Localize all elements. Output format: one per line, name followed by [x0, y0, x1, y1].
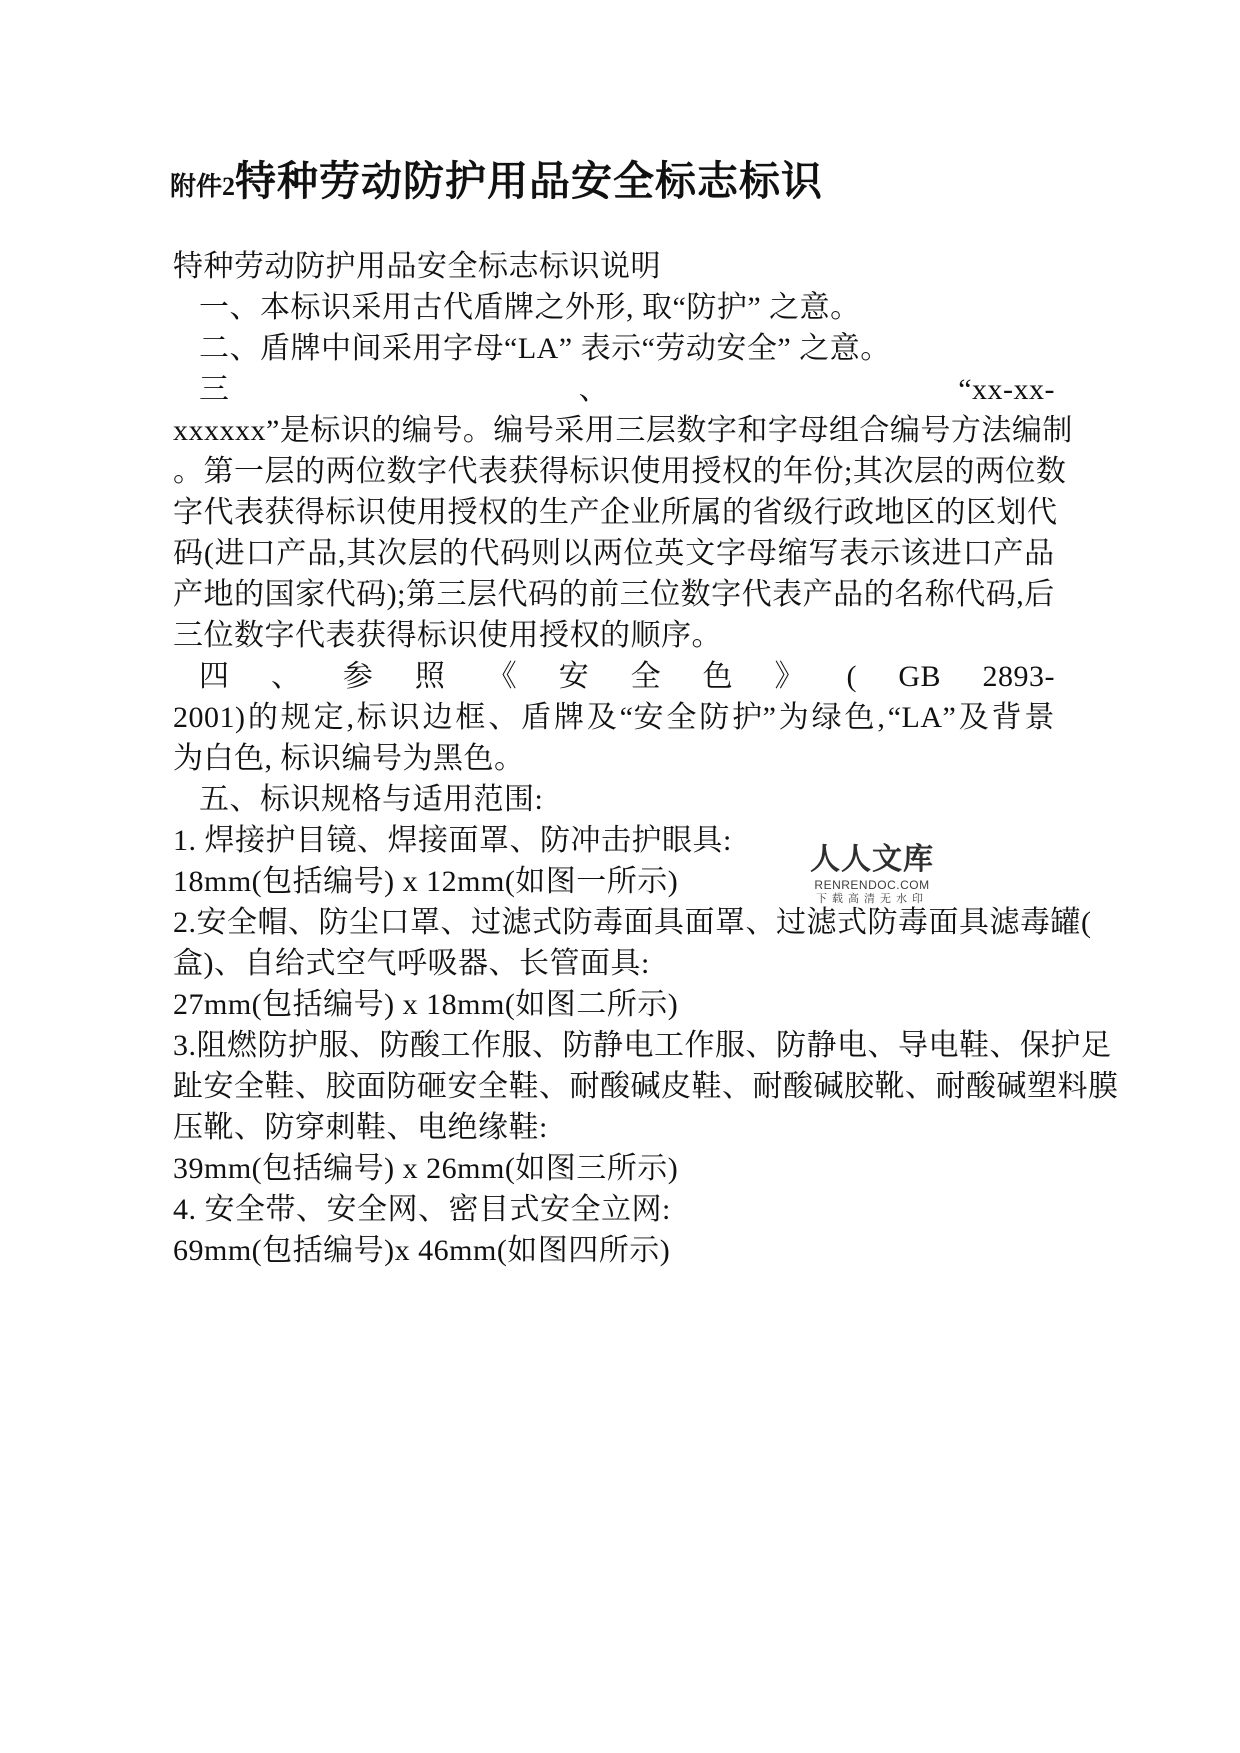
text-token: 法	[981, 410, 1012, 451]
doc-line: 2001)的规定,标识边框、盾牌及“安全防护”为绿色,“LA”及背景	[173, 697, 1055, 738]
text-token: 产	[803, 574, 834, 615]
text-token: 安	[448, 1066, 479, 1107]
text-token: 获	[509, 451, 540, 492]
text-token: 式	[837, 902, 868, 943]
text-token: 、	[579, 369, 610, 410]
text-token: 编	[402, 410, 433, 451]
text-token: 识	[600, 451, 631, 492]
text-token: 工	[654, 1025, 685, 1066]
text-token: 的	[864, 574, 895, 615]
text-token: 2893-	[983, 656, 1056, 697]
text-token: 护	[1051, 1025, 1082, 1066]
text-token: 料	[1058, 1066, 1089, 1107]
text-token: 靴	[875, 1066, 906, 1107]
text-token: );	[387, 574, 406, 615]
text-token: 酸	[783, 1066, 814, 1107]
text-token: 年	[783, 451, 814, 492]
text-token: 酸	[600, 1066, 631, 1107]
text-token: 罩	[410, 902, 441, 943]
text-token: 的	[936, 492, 967, 533]
text-token: xxxxxx”	[173, 410, 280, 451]
text-token: 数	[387, 451, 418, 492]
document-title: 特种劳动防护用品安全标志标识	[235, 158, 823, 204]
text-token: 区	[966, 492, 997, 533]
text-token: 安	[204, 1066, 235, 1107]
text-token: 第	[204, 451, 235, 492]
text-token: 用	[417, 492, 448, 533]
text-token: 数	[676, 410, 707, 451]
text-token: 行	[814, 492, 845, 533]
text-token: 式	[532, 902, 563, 943]
text-token: 、	[868, 1025, 899, 1066]
text-token: 后	[1024, 574, 1055, 615]
text-token: 膜	[1088, 1066, 1119, 1107]
text-token: 组	[829, 410, 860, 451]
text-token: 、	[271, 656, 302, 697]
text-token: 代	[204, 492, 235, 533]
text-token: 识	[356, 492, 387, 533]
text-token: 》	[775, 656, 806, 697]
attachment-label: 附件2	[170, 172, 235, 201]
text-token: 是	[280, 410, 311, 451]
text-token: 耐	[570, 1066, 601, 1107]
text-token: 毒	[1020, 902, 1051, 943]
watermark: 人人文库 RENRENDOC.COM 下载高清无水印	[804, 845, 940, 905]
text-token: 位	[356, 451, 387, 492]
text-token: 表	[234, 492, 265, 533]
text-token: 面	[624, 902, 655, 943]
text-token: 属	[692, 492, 723, 533]
text-token: 安	[197, 902, 228, 943]
text-token: 参	[343, 656, 374, 697]
text-token: 进	[215, 533, 246, 574]
text-token: 过	[776, 902, 807, 943]
text-token: 产	[570, 492, 601, 533]
doc-line: 压靴、防穿刺鞋、电绝缘鞋:	[173, 1107, 1055, 1148]
text-token: 层	[265, 451, 296, 492]
text-token: 代	[742, 574, 773, 615]
text-token: 位	[1005, 451, 1036, 492]
text-token: 防	[563, 1025, 594, 1066]
text-token: 位	[624, 533, 655, 574]
doc-line: 码(进口产品,其次层的代码则以两位英文字母缩写表示该进口产品	[173, 533, 1055, 574]
text-token: 次	[883, 451, 914, 492]
text-token: 地	[875, 492, 906, 533]
text-token: 毒	[593, 902, 624, 943]
doc-line: 69mm(包括编号)x 46mm(如图四所示)	[173, 1230, 1055, 1271]
text-token: “安	[620, 697, 664, 738]
text-token: 第	[406, 574, 437, 615]
text-token: 代	[1027, 492, 1058, 533]
text-token: 、	[746, 1025, 777, 1066]
text-token: 四	[199, 656, 230, 697]
text-token: (	[1081, 902, 1092, 943]
text-token: 帽	[258, 902, 289, 943]
text-token: 省	[753, 492, 784, 533]
text-token: 的	[509, 492, 540, 533]
text-token: 全	[631, 656, 662, 697]
text-token: 口	[380, 902, 411, 943]
text-token: 、	[746, 902, 777, 943]
text-token: 罩	[715, 902, 746, 943]
text-token: 授	[448, 492, 479, 533]
text-token: “LA”	[888, 697, 957, 738]
text-token: 安	[559, 656, 590, 697]
text-token: 识	[390, 697, 421, 738]
text-token: 防	[387, 1066, 418, 1107]
text-token: 份	[814, 451, 845, 492]
doc-line: 四、参照《安全色》(GB2893-	[173, 656, 1055, 697]
text-token: 编	[1012, 410, 1043, 451]
text-token: 。	[173, 451, 204, 492]
text-token: 的	[439, 533, 470, 574]
text-token: 该	[901, 533, 932, 574]
text-token: 静	[593, 1025, 624, 1066]
document-body: 特种劳动防护用品安全标志标识说明 一、本标识采用古代盾牌之外形, 取“防护” 之…	[173, 246, 1055, 1271]
text-token: 的	[234, 574, 265, 615]
text-token: 景	[1024, 697, 1055, 738]
text-token: 的	[722, 492, 753, 533]
text-token: 牌	[554, 697, 585, 738]
text-token: 标	[326, 492, 357, 533]
text-token: 级	[783, 492, 814, 533]
text-token: 《	[487, 656, 518, 697]
text-token: 耐	[753, 1066, 784, 1107]
text-token: 燃	[227, 1025, 258, 1066]
text-token: 权	[722, 451, 753, 492]
text-token: 产	[993, 533, 1024, 574]
text-token: 母	[798, 410, 829, 451]
document-page: 附件2特种劳动防护用品安全标志标识 特种劳动防护用品安全标志标识说明 一、本标识…	[0, 0, 1240, 1753]
text-token: 层	[467, 574, 498, 615]
watermark-domain: RENRENDOC.COM	[804, 879, 940, 891]
text-token: 足	[1081, 1025, 1112, 1066]
text-token: 鞋	[959, 1025, 990, 1066]
text-token: 规	[281, 697, 312, 738]
text-token: 2.	[173, 902, 197, 943]
text-token: 制	[1042, 410, 1073, 451]
text-token: 酸	[410, 1025, 441, 1066]
text-token: 授	[692, 451, 723, 492]
text-token: 家	[295, 574, 326, 615]
text-token: 防	[258, 1025, 289, 1066]
text-token: 面	[685, 902, 716, 943]
doc-line: 4. 安全带、安全网、密目式安全立网:	[173, 1189, 1055, 1230]
text-token: 码	[356, 574, 387, 615]
text-token: 缩	[778, 533, 809, 574]
text-token: 防	[319, 902, 350, 943]
text-token: 尘	[349, 902, 380, 943]
text-token: 两	[975, 451, 1006, 492]
text-token: 划	[997, 492, 1028, 533]
text-token: 表	[839, 533, 870, 574]
text-token: 品	[307, 533, 338, 574]
text-token: 方	[951, 410, 982, 451]
text-token: 进	[932, 533, 963, 574]
text-token: 以	[562, 533, 593, 574]
doc-line: 盒)、自给式空气呼吸器、长管面具:	[173, 943, 1055, 984]
text-token: ,	[346, 697, 354, 738]
text-token: ,	[877, 697, 885, 738]
text-token: 工	[441, 1025, 472, 1066]
text-token: 色	[703, 656, 734, 697]
doc-line: 39mm(包括编号) x 26mm(如图三所示)	[173, 1148, 1055, 1189]
text-token: 字	[711, 574, 742, 615]
text-token: 鞋	[265, 1066, 296, 1107]
text-token: GB	[898, 656, 941, 697]
watermark-tagline: 下载高清无水印	[804, 894, 940, 905]
text-token: 、	[532, 1025, 563, 1066]
text-token: 代	[955, 574, 986, 615]
text-token: 的	[559, 574, 590, 615]
text-token: 导	[898, 1025, 929, 1066]
text-token: 面	[929, 902, 960, 943]
text-token: ,	[1016, 574, 1024, 615]
text-token: 面	[356, 1066, 387, 1107]
text-token: 电	[837, 1025, 868, 1066]
doc-line: 为白色, 标识编号为黑色。	[173, 738, 1055, 779]
text-token: 电	[624, 1025, 655, 1066]
doc-line: xxxxxx”是标识的编号。编号采用三层数字和字母组合编号方法编制	[173, 410, 1055, 451]
text-token: 三	[615, 410, 646, 451]
text-token: 绿	[812, 697, 843, 738]
text-token: 码	[500, 533, 531, 574]
text-token: 品	[1024, 533, 1055, 574]
text-token: 2001)	[173, 697, 246, 738]
text-token: 号	[920, 410, 951, 451]
text-token: 的	[753, 451, 784, 492]
text-token: 企	[600, 492, 631, 533]
text-token: 、	[349, 1025, 380, 1066]
text-token: 酸	[966, 1066, 997, 1107]
page-title: 附件2特种劳动防护用品安全标志标识	[170, 148, 823, 207]
text-token: 、	[990, 1025, 1021, 1066]
text-token: 碱	[631, 1066, 662, 1107]
text-token: 则	[531, 533, 562, 574]
text-token: 滤	[807, 902, 838, 943]
text-token: 号	[432, 410, 463, 451]
doc-line: 三、“xx-xx-	[173, 369, 1055, 410]
text-token: 盾	[521, 697, 552, 738]
text-token: (	[846, 656, 857, 697]
doc-line: 趾安全鞋、胶面防砸安全鞋、耐酸碱皮鞋、耐酸碱胶靴、耐酸碱塑料膜	[173, 1066, 1055, 1107]
text-token: 表	[478, 451, 509, 492]
watermark-brand: 人人文库	[804, 845, 940, 875]
text-token: 采	[554, 410, 585, 451]
text-token: 护	[288, 1025, 319, 1066]
text-token: 代	[448, 451, 479, 492]
text-token: 的	[371, 410, 402, 451]
doc-line: 3.阻燃防护服、防酸工作服、防静电工作服、防静电、导电鞋、保护足	[173, 1025, 1055, 1066]
text-token: 政	[844, 492, 875, 533]
text-token: 示	[870, 533, 901, 574]
text-token: 文	[685, 533, 716, 574]
doc-line: 。第一层的两位数字代表获得标识使用授权的年份;其次层的两位数	[173, 451, 1055, 492]
text-token: 标	[357, 697, 388, 738]
text-token: 胶	[844, 1066, 875, 1107]
text-token: 码	[173, 533, 204, 574]
text-token: 层	[646, 410, 677, 451]
text-token: 前	[589, 574, 620, 615]
text-token: 防	[868, 902, 899, 943]
text-token: 字	[768, 410, 799, 451]
text-token: 定	[314, 697, 345, 738]
text-token: 滤	[990, 902, 1021, 943]
doc-line: 产地的国家代码);第三层代码的前三位数字代表产品的名称代码,后	[173, 574, 1055, 615]
text-token: 三	[199, 369, 230, 410]
text-token: 和	[737, 410, 768, 451]
text-token: 两	[593, 533, 624, 574]
text-token: 色	[844, 697, 875, 738]
text-token: “xx-xx-	[958, 369, 1055, 410]
text-token: 全	[234, 1066, 265, 1107]
text-token: 电	[929, 1025, 960, 1066]
text-token: 业	[631, 492, 662, 533]
text-token: 得	[295, 492, 326, 533]
text-token: 权	[478, 492, 509, 533]
text-token: 为	[779, 697, 810, 738]
text-token: 、	[295, 1066, 326, 1107]
doc-line: 特种劳动防护用品安全标志标识说明	[173, 246, 1055, 287]
text-token: 背	[992, 697, 1023, 738]
text-token: 层	[914, 451, 945, 492]
doc-line: 五、标识规格与适用范围:	[173, 779, 1055, 820]
text-token: 表	[772, 574, 803, 615]
text-token: 三	[436, 574, 467, 615]
text-token: 得	[539, 451, 570, 492]
text-token: 毒	[898, 902, 929, 943]
text-token: 作	[685, 1025, 716, 1066]
text-token: 品	[833, 574, 864, 615]
text-token: 一	[234, 451, 265, 492]
text-token: 趾	[173, 1066, 204, 1107]
text-token: 3.	[173, 1025, 197, 1066]
text-token: 服	[502, 1025, 533, 1066]
text-token: 口	[962, 533, 993, 574]
text-token: 服	[319, 1025, 350, 1066]
text-token: 全	[227, 902, 258, 943]
text-token: 护”	[732, 697, 776, 738]
text-token: 防	[563, 902, 594, 943]
text-token: 边	[423, 697, 454, 738]
text-token: 其	[853, 451, 884, 492]
text-token: 字	[716, 533, 747, 574]
text-token: 全	[478, 1066, 509, 1107]
doc-line: 二、盾牌中间采用字母“LA” 表示“劳动安全” 之意。	[173, 328, 1055, 369]
text-token: (	[204, 533, 215, 574]
doc-line: 2.安全帽、防尘口罩、过滤式防毒面具面罩、过滤式防毒面具滤毒罐(	[173, 902, 1055, 943]
text-token: 英	[654, 533, 685, 574]
text-token: 砸	[417, 1066, 448, 1107]
text-token: 耐	[936, 1066, 967, 1107]
text-token: 产	[276, 533, 307, 574]
text-token: 防	[380, 1025, 411, 1066]
text-token: 防	[699, 697, 730, 738]
doc-line: 27mm(包括编号) x 18mm(如图二所示)	[173, 984, 1055, 1025]
text-token: 、	[288, 902, 319, 943]
text-token: 识	[341, 410, 372, 451]
text-token: 口	[245, 533, 276, 574]
text-token: 数	[681, 574, 712, 615]
text-token: 层	[408, 533, 439, 574]
text-token: 数	[1036, 451, 1067, 492]
text-token: 使	[631, 451, 662, 492]
text-token: 具	[959, 902, 990, 943]
text-token: 的	[248, 697, 279, 738]
text-token: 鞋	[692, 1066, 723, 1107]
text-token: 、	[441, 902, 472, 943]
text-token: 码	[986, 574, 1017, 615]
text-token: 照	[415, 656, 446, 697]
text-token: 母	[747, 533, 778, 574]
doc-line: 三位数字代表获得标识使用授权的顺序。	[173, 615, 1055, 656]
text-token: 标	[570, 451, 601, 492]
text-token: 碱	[814, 1066, 845, 1107]
text-token: 及	[959, 697, 990, 738]
text-token: 其	[346, 533, 377, 574]
text-token: 区	[905, 492, 936, 533]
text-token: 塑	[1027, 1066, 1058, 1107]
doc-line: 一、本标识采用古代盾牌之外形, 取“防护” 之意。	[173, 287, 1055, 328]
text-token: ,	[338, 533, 346, 574]
text-token: 位	[650, 574, 681, 615]
text-token: 称	[925, 574, 956, 615]
text-token: 、	[722, 1066, 753, 1107]
text-token: 、	[488, 697, 519, 738]
text-token: 过	[471, 902, 502, 943]
text-token: 次	[377, 533, 408, 574]
text-token: 的	[295, 451, 326, 492]
text-token: 胶	[326, 1066, 357, 1107]
text-token: 代	[498, 574, 529, 615]
text-token: 国	[265, 574, 296, 615]
text-token: 皮	[661, 1066, 692, 1107]
text-token: 使	[387, 492, 418, 533]
text-token: 码	[528, 574, 559, 615]
text-token: 标	[310, 410, 341, 451]
text-token: 编	[890, 410, 921, 451]
text-token: 号	[524, 410, 555, 451]
text-token: 具	[654, 902, 685, 943]
text-token: 作	[471, 1025, 502, 1066]
text-token: 。	[463, 410, 494, 451]
text-token: 用	[585, 410, 616, 451]
text-token: 字	[707, 410, 738, 451]
text-token: 地	[204, 574, 235, 615]
text-token: 用	[661, 451, 692, 492]
text-token: 框	[455, 697, 486, 738]
text-token: 写	[808, 533, 839, 574]
text-token: 获	[265, 492, 296, 533]
text-token: 静	[807, 1025, 838, 1066]
text-token: 所	[661, 492, 692, 533]
text-token: 鞋	[509, 1066, 540, 1107]
text-token: 服	[715, 1025, 746, 1066]
text-token: 的	[944, 451, 975, 492]
text-token: 罐	[1051, 902, 1082, 943]
text-token: 名	[894, 574, 925, 615]
text-token: 代	[326, 574, 357, 615]
text-token: 生	[539, 492, 570, 533]
text-token: 两	[326, 451, 357, 492]
text-token: 字	[417, 451, 448, 492]
text-token: 产	[173, 574, 204, 615]
text-token: 三	[620, 574, 651, 615]
text-token: 代	[469, 533, 500, 574]
text-token: 合	[859, 410, 890, 451]
text-token: 阻	[197, 1025, 228, 1066]
text-token: 保	[1020, 1025, 1051, 1066]
